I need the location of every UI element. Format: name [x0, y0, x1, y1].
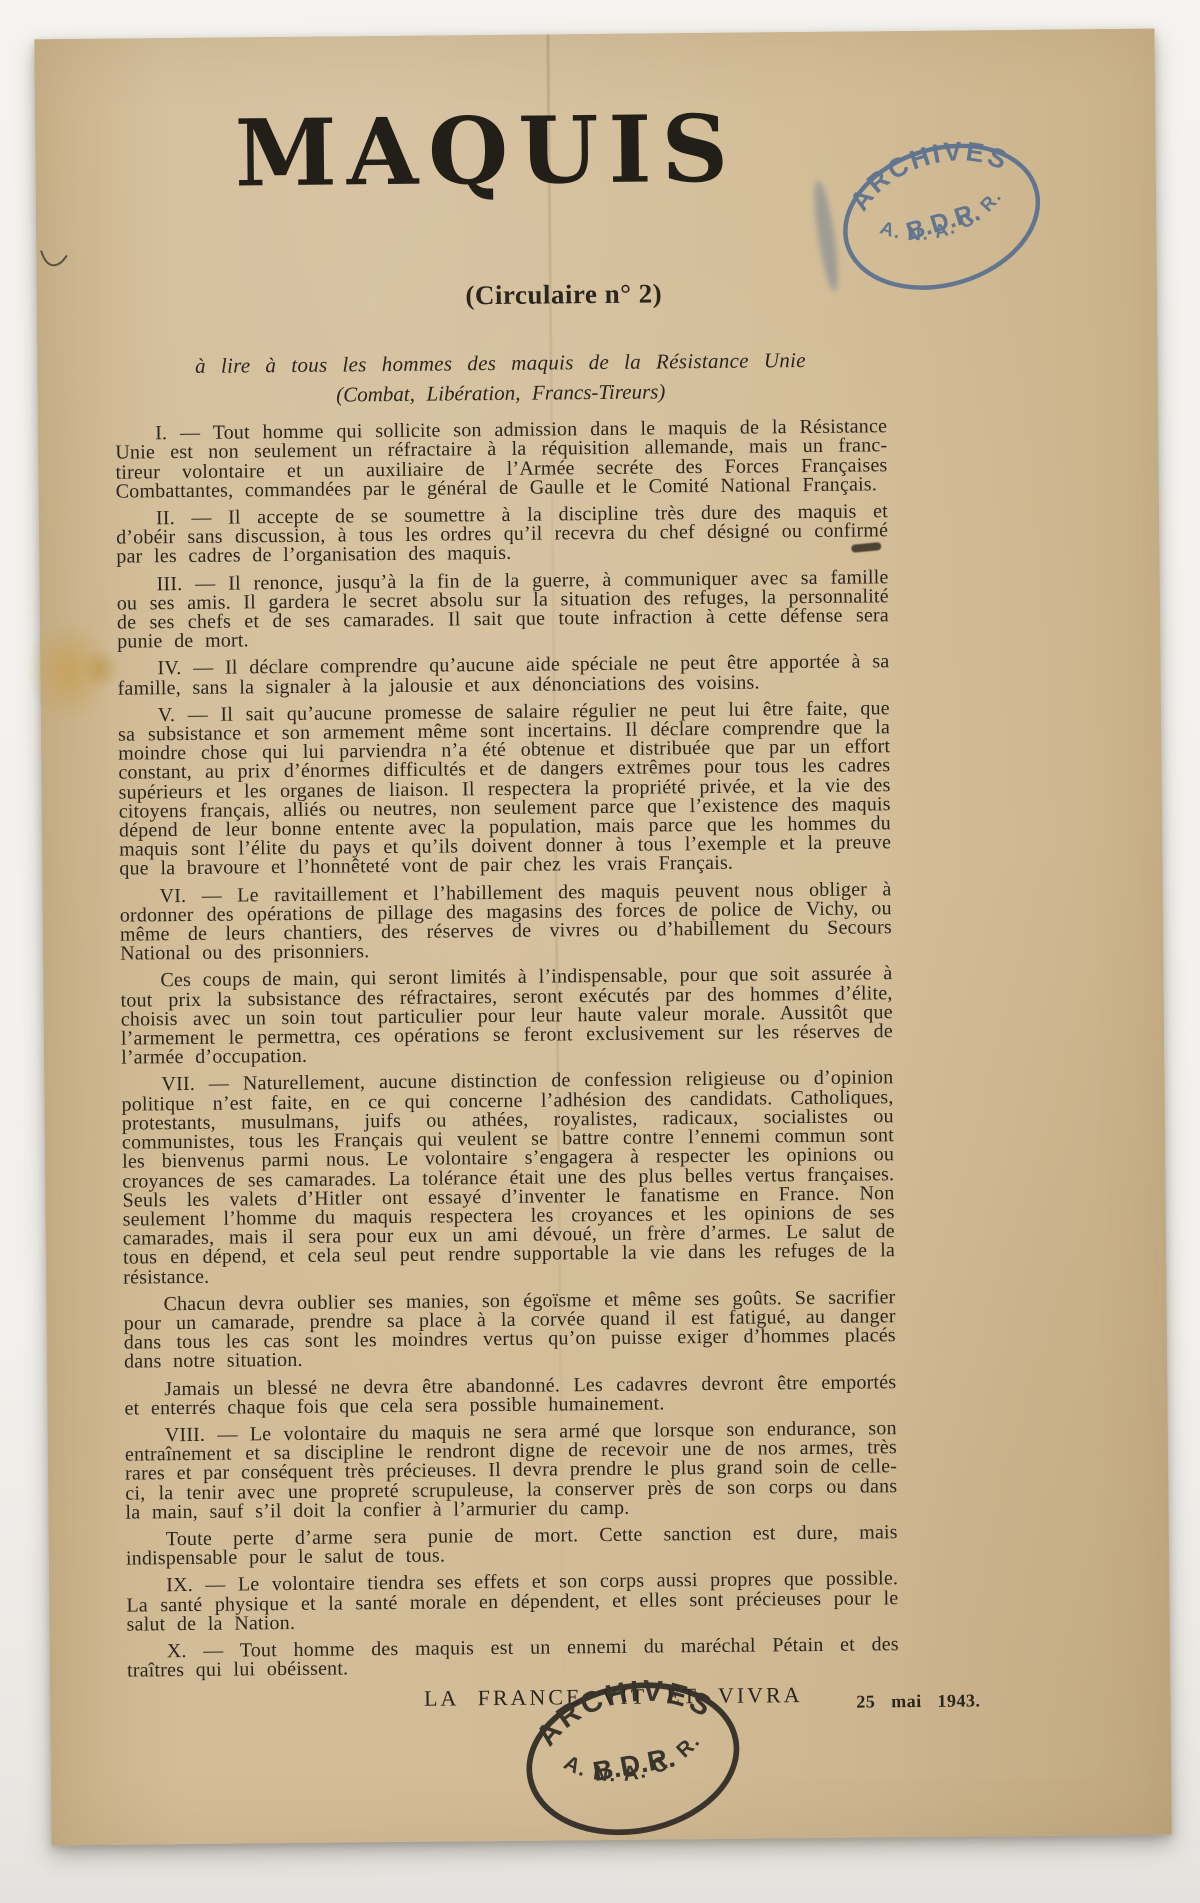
document-title: MAQUIS — [100, 97, 873, 206]
stamp-arc-bottom-text: A. N. A. C. R. — [557, 1727, 711, 1798]
paragraph-9: Chacun devra oublier ses manies, son égo… — [123, 1288, 896, 1372]
document-paper: MAQUIS (Circulaire n° 2) à lire à tous l… — [34, 29, 1171, 1846]
scanned-document-page: { "document": { "title": "MAQUIS", "subt… — [0, 0, 1200, 1903]
paragraph-11: VIII. — Le volontaire du maquis ne sera … — [125, 1419, 898, 1522]
stamp-arc-bottom-text: A. N. A. C. R. — [873, 182, 1013, 259]
paragraph-4: IV. — Il déclare comprendre qu’aucune ai… — [117, 653, 889, 699]
svg-text:A. N. A. C. R.: A. N. A. C. R. — [873, 182, 1013, 259]
paragraph-5: V. — Il sait qu’aucune promesse de salai… — [118, 699, 892, 879]
paragraph-12: Toute perte d’arme sera punie de mort. C… — [126, 1523, 898, 1569]
paragraph-14: X. — Tout homme des maquis est un ennemi… — [127, 1635, 899, 1681]
paragraph-3: III. — Il renonce, jusqu’à la fin de la … — [117, 568, 890, 652]
paragraph-7: Ces coups de main, qui seront limités à … — [120, 965, 893, 1068]
paragraph-6: VI. — Le ravitaillement et l’habillement… — [120, 880, 893, 964]
document-body: I. — Tout homme qui sollicite son admiss… — [115, 417, 899, 1681]
movements-line: (Combat, Libération, Francs-Tireurs) — [115, 377, 887, 409]
pen-checkmark-icon — [38, 247, 72, 273]
paragraph-1: I. — Tout homme qui sollicite son admiss… — [115, 417, 888, 501]
paragraph-8: VII. — Naturellement, aucune distinction… — [121, 1069, 895, 1288]
document-content: MAQUIS (Circulaire n° 2) à lire à tous l… — [111, 31, 899, 1715]
audience-line: à lire à tous les hommes des maquis de l… — [114, 347, 886, 379]
paragraph-10: Jamais un blessé ne devra être abandonné… — [124, 1373, 896, 1419]
paragraph-2: II. — Il accepte de se soumettre à la di… — [116, 502, 889, 567]
circular-number: (Circulaire n° 2) — [242, 276, 886, 313]
paper-stain — [80, 647, 120, 691]
document-date: 25 mai 1943. — [856, 1690, 980, 1712]
svg-text:A. N. A. C. R.: A. N. A. C. R. — [557, 1727, 711, 1798]
paragraph-13: IX. — Le volontaire tiendra ses effets e… — [126, 1570, 899, 1635]
